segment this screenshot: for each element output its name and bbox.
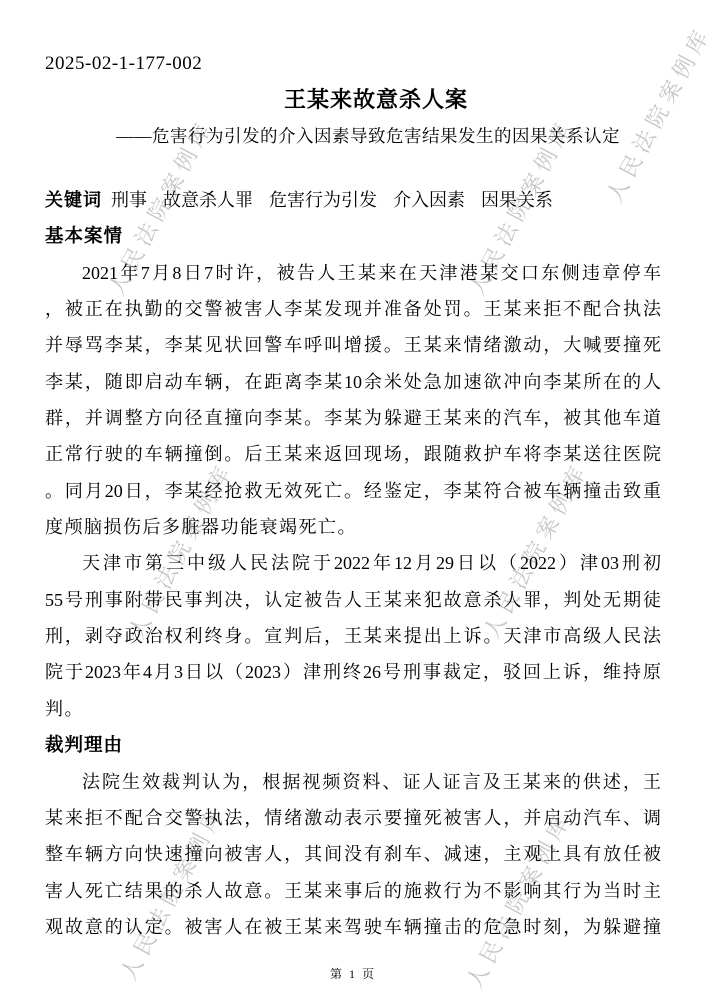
keyword-item: 因果关系 (481, 190, 553, 210)
keywords-list: 刑事故意杀人罪危害行为引发介入因素因果关系 (102, 190, 553, 210)
case-title: 王某来故意杀人案 (0, 83, 706, 114)
body-line: ，被正在执勤的交警被害人李某发现并准备处罚。王某来拒不配合执法 (45, 291, 661, 327)
body-line: 李某，随即启动车辆，在距离李某10余米处急加速欲冲向李某所在的人 (45, 364, 661, 400)
keyword-item: 危害行为引发 (269, 190, 377, 210)
body-line: 并辱骂李某，李某见状回警车呼叫增援。王某来情绪激动，大喊要撞死 (45, 327, 661, 363)
keyword-item: 介入因素 (393, 190, 465, 210)
section-heading: 基本案情 (45, 218, 661, 254)
document-page: 人民法院案例库人民法院案例库人民法院案例库人民法院案例库人民法院案例库人民法院案… (0, 0, 706, 999)
body-line: 刑，剥夺政治权利终身。宣判后，王某来提出上诉。天津市高级人民法 (45, 618, 661, 654)
section-heading: 裁判理由 (45, 727, 661, 763)
body-line: 2021年7月8日7时许，被告人王某来在天津港某交口东侧违章停车 (45, 255, 661, 291)
body-line: 某来拒不配合交警执法，情绪激动表示要撞死被害人，并启动汽车、调 (45, 800, 661, 836)
body-line: 度颅脑损伤后多脏器功能衰竭死亡。 (45, 509, 661, 545)
doc-number: 2025-02-1-177-002 (45, 53, 202, 75)
keywords-label: 关键词 (45, 190, 102, 210)
page-number: 第 1 页 (0, 965, 706, 982)
keywords-line: 关键词刑事故意杀人罪危害行为引发介入因素因果关系 (45, 182, 661, 218)
body-line: 观故意的认定。被害人在被王某来驾驶车辆撞击的危急时刻，为躲避撞 (45, 909, 661, 945)
keyword-item: 刑事 (111, 190, 147, 210)
body-line: 55号刑事附带民事判决，认定被告人王某来犯故意杀人罪，判处无期徒 (45, 582, 661, 618)
body-line: 正常行驶的车辆撞倒。后王某来返回现场，跟随救护车将李某送往医院 (45, 436, 661, 472)
body-line: 判。 (45, 691, 661, 727)
body-line: 害人死亡结果的杀人故意。王某来事后的施救行为不影响其行为当时主 (45, 873, 661, 909)
body-line: 群，并调整方向径直撞向李某。李某为躲避王某来的汽车，被其他车道 (45, 400, 661, 436)
document-content: 关键词刑事故意杀人罪危害行为引发介入因素因果关系 基本案情2021年7月8日7时… (45, 182, 661, 945)
case-subtitle: ——危害行为引发的介入因素导致危害结果发生的因果关系认定 (0, 123, 706, 148)
body-line: 。同月20日，李某经抢救无效死亡。经鉴定，李某符合被车辆撞击致重 (45, 473, 661, 509)
body-line: 整车辆方向快速撞向被害人，其间没有刹车、减速，主观上具有放任被 (45, 836, 661, 872)
body-line: 天津市第三中级人民法院于2022年12月29日以（2022）津03刑初 (45, 545, 661, 581)
body-line: 院于2023年4月3日以（2023）津刑终26号刑事裁定，驳回上诉，维持原 (45, 654, 661, 690)
keyword-item: 故意杀人罪 (163, 190, 253, 210)
body-line: 法院生效裁判认为，根据视频资料、证人证言及王某来的供述，王 (45, 764, 661, 800)
document-body: 基本案情2021年7月8日7时许，被告人王某来在天津港某交口东侧违章停车，被正在… (45, 218, 661, 945)
